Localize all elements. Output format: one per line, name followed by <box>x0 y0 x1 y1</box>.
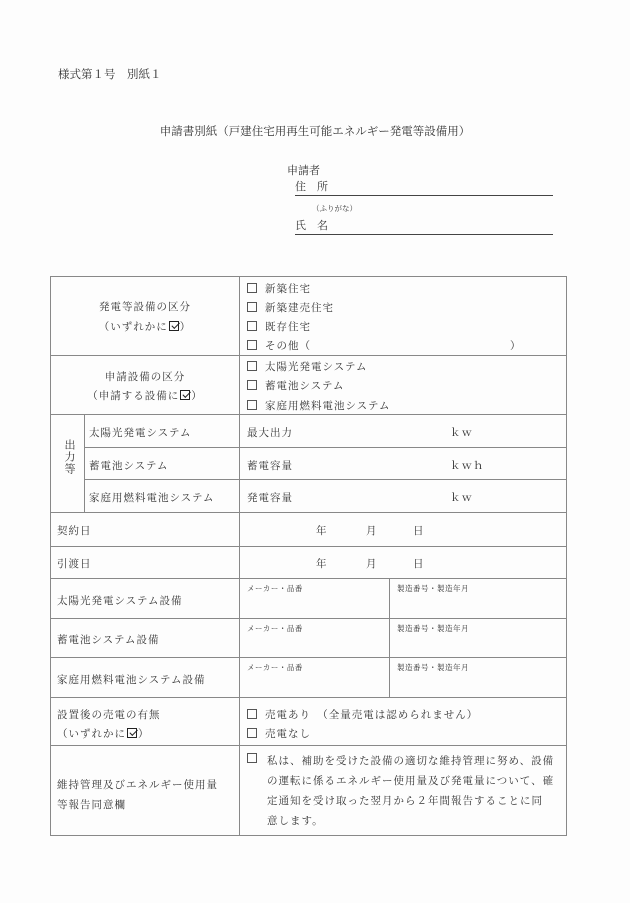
facility-category-hint: （いずれかに） <box>51 319 239 334</box>
consent-text-line: の運転に係るエネルギー使用量及び発電量について、確 <box>267 773 554 788</box>
equipment-category-hint: （申請する設備に） <box>51 388 239 403</box>
row-divider <box>51 618 566 619</box>
checkbox-icon[interactable] <box>247 283 257 293</box>
day-label: 日 <box>413 556 425 571</box>
contract-date-field[interactable] <box>241 514 566 545</box>
delivery-date-label: 引渡日 <box>57 556 92 571</box>
column-divider <box>239 277 240 835</box>
checkbox-icon[interactable] <box>247 728 257 738</box>
year-label: 年 <box>316 556 328 571</box>
solar-maker-input[interactable] <box>241 593 387 617</box>
application-table: 発電等設備の区分 （いずれかに） 新築住宅 新築建売住宅 既存住宅 その他（ ）… <box>50 276 567 836</box>
column-divider <box>84 414 85 512</box>
option-new-house[interactable]: 新築住宅 <box>247 281 311 296</box>
sale-hint: （いずれかに） <box>57 726 150 741</box>
form-number: 様式第１号 別紙１ <box>58 66 162 82</box>
option-new-built-for-sale[interactable]: 新築建売住宅 <box>247 300 334 315</box>
fuel-cell-maker-input[interactable] <box>241 672 387 696</box>
checkbox-icon[interactable] <box>247 400 257 410</box>
option-solar[interactable]: 太陽光発電システム <box>247 359 367 374</box>
option-fuel-cell[interactable]: 家庭用燃料電池システム <box>247 398 390 413</box>
address-label: 住 所 <box>295 178 328 194</box>
column-divider <box>389 578 390 697</box>
checkbox-icon[interactable] <box>247 340 257 350</box>
name-field[interactable]: 氏 名 <box>295 217 553 235</box>
row-divider <box>51 578 566 579</box>
row-divider <box>51 512 566 513</box>
checkbox-icon[interactable] <box>247 709 257 719</box>
option-battery[interactable]: 蓄電池システム <box>247 378 344 393</box>
output-system-label: 太陽光発電システム <box>89 425 191 440</box>
option-sale-yes[interactable]: 売電あり （全量売電は認められません） <box>247 707 478 722</box>
checked-box-icon <box>169 321 179 331</box>
checked-box-icon <box>127 728 137 738</box>
month-label: 月 <box>366 523 378 538</box>
checkbox-icon[interactable] <box>247 361 257 371</box>
address-field[interactable]: 住 所 <box>295 178 553 196</box>
day-label: 日 <box>413 523 425 538</box>
fuel-cell-equipment-label: 家庭用燃料電池システム設備 <box>57 672 205 687</box>
output-input-area[interactable] <box>241 415 566 511</box>
other-close-paren: ） <box>510 338 522 353</box>
option-sale-no[interactable]: 売電なし <box>247 726 311 741</box>
facility-category-label: 発電等設備の区分 <box>51 299 239 314</box>
battery-serial-input[interactable] <box>391 633 565 656</box>
applicant-label: 申請者 <box>287 162 320 178</box>
option-existing-house[interactable]: 既存住宅 <box>247 319 311 334</box>
consent-label-line2: 等報告同意欄 <box>57 797 126 812</box>
option-other[interactable]: その他（ <box>247 338 311 353</box>
checkbox-icon[interactable] <box>247 380 257 390</box>
row-divider <box>51 697 566 698</box>
row-divider <box>51 745 566 746</box>
checkbox-icon[interactable] <box>247 321 257 331</box>
output-group-label: 出力等 <box>61 439 77 475</box>
consent-text-line: 意します。 <box>267 813 324 828</box>
fuel-cell-serial-input[interactable] <box>391 672 565 696</box>
contract-date-label: 契約日 <box>57 523 92 538</box>
furigana-label: （ふりがな） <box>312 203 357 214</box>
battery-equipment-label: 蓄電池システム設備 <box>57 632 159 647</box>
delivery-date-field[interactable] <box>241 547 566 577</box>
solar-equipment-label: 太陽光発電システム設備 <box>57 593 182 608</box>
solar-serial-input[interactable] <box>391 593 565 617</box>
checkbox-icon[interactable] <box>247 302 257 312</box>
output-system-label: 蓄電池システム <box>89 458 168 473</box>
month-label: 月 <box>366 556 378 571</box>
consent-label: 維持管理及びエネルギー使用量 <box>57 777 218 792</box>
sale-label: 設置後の売電の有無 <box>57 707 161 722</box>
consent-text-line: 定通知を受け取った翌月から２年間報告することに同 <box>267 793 543 808</box>
consent-text-line: 私は、補助を受けた設備の適切な維持管理に努め、設備 <box>267 753 554 768</box>
row-divider <box>51 355 566 356</box>
checked-box-icon <box>180 390 190 400</box>
year-label: 年 <box>316 523 328 538</box>
row-divider <box>51 657 566 658</box>
page-title: 申請書別紙（戸建住宅用再生可能エネルギー発電等設備用） <box>0 123 630 139</box>
battery-maker-input[interactable] <box>241 633 387 656</box>
output-system-label: 家庭用燃料電池システム <box>89 490 214 505</box>
consent-checkbox[interactable] <box>247 753 265 765</box>
checkbox-icon[interactable] <box>247 753 257 763</box>
name-label: 氏 名 <box>295 217 328 233</box>
equipment-category-label: 申請設備の区分 <box>51 369 239 384</box>
